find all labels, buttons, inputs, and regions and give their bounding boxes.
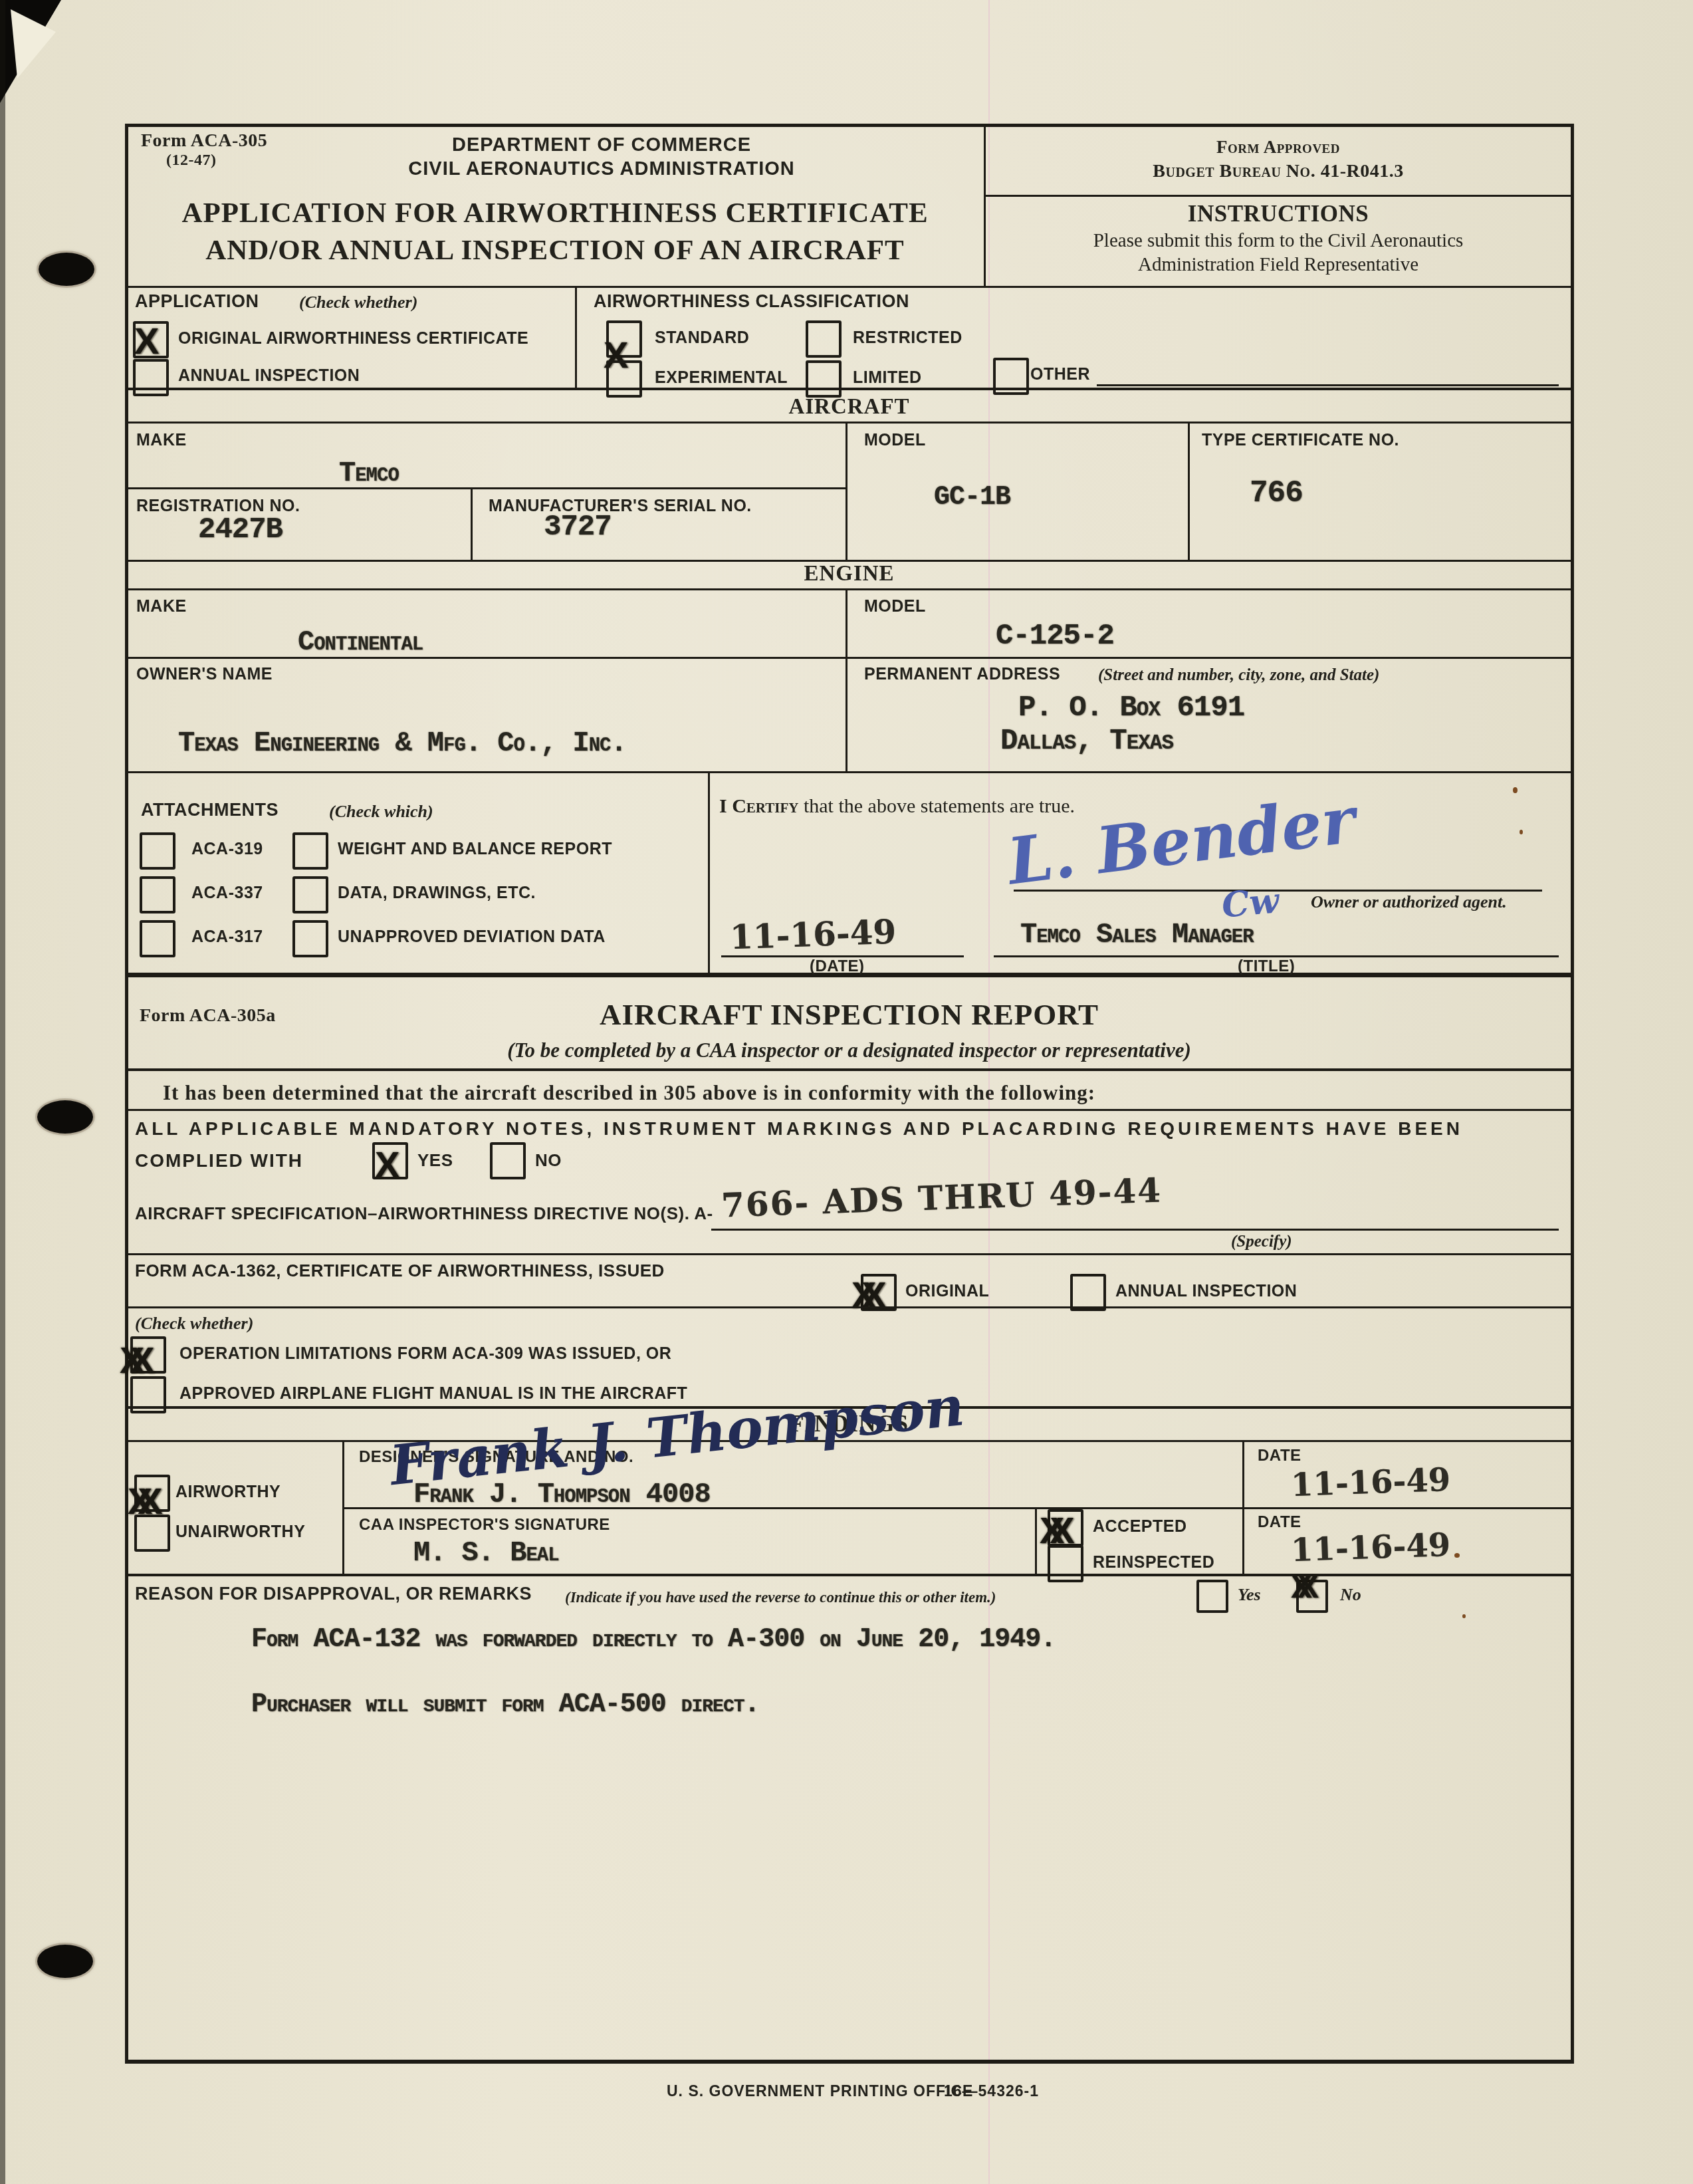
complied-yes-checkbox[interactable]: X bbox=[372, 1142, 408, 1179]
engine-model-value: C-125-2 bbox=[996, 620, 1114, 653]
approved-divider bbox=[984, 195, 1572, 197]
other-label: OTHER bbox=[1030, 365, 1090, 384]
type-certificate-label: TYPE CERTIFICATE NO. bbox=[1202, 431, 1399, 450]
serial-label: MANUFACTURER'S SERIAL NO. bbox=[489, 497, 752, 516]
experimental-checkbox[interactable] bbox=[606, 360, 642, 398]
directive-label: AIRCRAFT SPECIFICATION–AIRWORTHINESS DIR… bbox=[135, 1203, 713, 1224]
rule bbox=[125, 771, 1574, 773]
remarks-note: (Indicate if you have used the reverse t… bbox=[565, 1589, 996, 1606]
inspection-title: AIRCRAFT INSPECTION REPORT bbox=[126, 997, 1572, 1032]
other-write-line[interactable] bbox=[1097, 384, 1559, 386]
make-underline bbox=[125, 487, 846, 489]
rule bbox=[125, 286, 1574, 288]
punch-hole bbox=[39, 253, 94, 286]
certify-statement: I Certify that the above statements are … bbox=[719, 795, 1075, 818]
certify-statement-rest: that the above statements are true. bbox=[798, 795, 1075, 817]
engine-col-divider bbox=[846, 588, 847, 771]
complied-no-checkbox[interactable] bbox=[490, 1142, 526, 1179]
accepted-cell-divider bbox=[1035, 1507, 1037, 1574]
complied-no-label: NO bbox=[535, 1150, 562, 1171]
rule-thick bbox=[125, 1068, 1574, 1071]
address-line2: Dallas, Texas bbox=[1000, 725, 1173, 758]
original-airworthiness-checkbox[interactable]: X bbox=[133, 321, 169, 358]
caa-inspector-label: CAA INSPECTOR'S SIGNATURE bbox=[359, 1516, 610, 1534]
other-checkbox[interactable] bbox=[993, 358, 1029, 395]
airworthy-checkbox[interactable]: XX bbox=[134, 1475, 170, 1512]
printing-code-footer: 16—54326-1 bbox=[944, 2082, 1039, 2100]
rust-speck bbox=[1513, 787, 1518, 793]
original-airworthiness-label: ORIGINAL AIRWORTHINESS CERTIFICATE bbox=[178, 329, 528, 348]
scanned-form-page: Form ACA-305 (12-47) DEPARTMENT OF COMME… bbox=[0, 0, 1693, 2184]
form-edition: (12-47) bbox=[166, 152, 216, 170]
aca-317-checkbox[interactable] bbox=[140, 920, 175, 957]
permanent-address-note: (Street and number, city, zone, and Stat… bbox=[1098, 666, 1379, 685]
caa-inspector-typed-name: M. S. Beal bbox=[413, 1537, 559, 1569]
caa-date-label: DATE bbox=[1258, 1513, 1301, 1532]
aircraft-section-title: AIRCRAFT bbox=[126, 395, 1572, 420]
designee-date-value: 11-16-49 bbox=[1290, 1461, 1451, 1504]
punch-hole bbox=[37, 1100, 93, 1134]
aca-319-checkbox[interactable] bbox=[140, 832, 175, 870]
rule bbox=[125, 422, 1574, 424]
form-number: Form ACA-305 bbox=[141, 130, 267, 152]
form-approved: Form Approved bbox=[986, 137, 1571, 158]
page-title-line1: APPLICATION FOR AIRWORTHINESS CERTIFICAT… bbox=[153, 197, 957, 229]
budget-bureau: Budget Bureau No. 41-R041.3 bbox=[986, 161, 1571, 182]
caa-date-value: 11-16-49 bbox=[1290, 1526, 1451, 1569]
certification-date-value: 11-16-49 bbox=[729, 912, 897, 957]
weight-balance-checkbox[interactable] bbox=[292, 832, 328, 870]
engine-make-value: Continental bbox=[298, 626, 423, 658]
owner-label: OWNER'S NAME bbox=[136, 665, 273, 684]
annual-inspection-checkbox[interactable] bbox=[133, 359, 169, 396]
registration-value: 2427B bbox=[198, 513, 282, 546]
operation-limitations-label: OPERATION LIMITATIONS FORM ACA-309 WAS I… bbox=[179, 1344, 671, 1364]
unairworthy-label: UNAIRWORTHY bbox=[175, 1522, 305, 1542]
aca-337-checkbox[interactable] bbox=[140, 876, 175, 913]
restricted-checkbox[interactable] bbox=[806, 320, 842, 358]
rule bbox=[125, 588, 1574, 590]
owner-agent-caption: Owner or authorized agent. bbox=[1311, 892, 1507, 912]
administration-name: CIVIL AERONAUTICS ADMINISTRATION bbox=[326, 158, 877, 180]
aca-319-label: ACA-319 bbox=[191, 840, 263, 859]
accepted-checkbox[interactable]: XX bbox=[1048, 1509, 1083, 1546]
paper-fold-corner bbox=[0, 0, 120, 166]
rust-speck bbox=[1462, 1614, 1466, 1618]
instructions-line2: Administration Field Representative bbox=[986, 254, 1571, 276]
aircraft-make-value: Temco bbox=[339, 457, 399, 489]
data-drawings-checkbox[interactable] bbox=[292, 876, 328, 913]
aircraft-model-value: GC-1B bbox=[934, 483, 1010, 513]
mandatory-notes-line1: ALL APPLICABLE MANDATORY NOTES, INSTRUME… bbox=[135, 1118, 1463, 1140]
data-drawings-label: DATA, DRAWINGS, ETC. bbox=[338, 884, 536, 903]
aircraft-col-divider bbox=[846, 422, 847, 560]
rust-speck bbox=[1520, 830, 1523, 834]
designee-date-label: DATE bbox=[1258, 1447, 1301, 1465]
check-mark: X bbox=[375, 1146, 399, 1183]
rule bbox=[125, 1109, 1574, 1111]
aircraft-make-label: MAKE bbox=[136, 431, 187, 450]
designee-typed-name: Frank J. Thompson 4008 bbox=[413, 1479, 711, 1511]
reinspected-checkbox[interactable] bbox=[1048, 1545, 1083, 1582]
model-typecert-divider bbox=[1188, 422, 1190, 560]
instructions-title: INSTRUCTIONS bbox=[986, 201, 1571, 227]
unairworthy-checkbox[interactable] bbox=[134, 1515, 170, 1552]
remarks-line1: Form ACA-132 was forwarded directly to A… bbox=[251, 1625, 1056, 1655]
department-name: DEPARTMENT OF COMMERCE bbox=[326, 134, 877, 156]
annual-inspection-label: ANNUAL INSPECTION bbox=[178, 366, 360, 386]
standard-label: STANDARD bbox=[655, 328, 749, 348]
attachments-divider bbox=[708, 771, 710, 973]
title-caption: (TITLE) bbox=[1238, 957, 1295, 976]
instructions-line1: Please submit this form to the Civil Aer… bbox=[986, 230, 1571, 252]
remarks-line2: Purchaser will submit form ACA-500 direc… bbox=[251, 1690, 760, 1720]
serial-value: 3727 bbox=[544, 511, 612, 544]
remarks-no-checkbox[interactable]: XX bbox=[1296, 1580, 1328, 1613]
aca-317-label: ACA-317 bbox=[191, 927, 263, 947]
unapproved-deviation-label: UNAPPROVED DEVIATION DATA bbox=[338, 927, 606, 947]
reg-serial-divider bbox=[471, 487, 473, 560]
aca-337-label: ACA-337 bbox=[191, 884, 263, 903]
type-certificate-value: 766 bbox=[1250, 476, 1303, 511]
issued-annual-label: ANNUAL INSPECTION bbox=[1115, 1282, 1297, 1301]
rust-speck bbox=[1454, 1553, 1460, 1558]
unapproved-deviation-checkbox[interactable] bbox=[292, 920, 328, 957]
weight-balance-label: WEIGHT AND BALANCE REPORT bbox=[338, 840, 612, 859]
engine-make-label: MAKE bbox=[136, 597, 187, 616]
directive-value: 766- ADS THRU 49-44 bbox=[721, 1170, 1163, 1225]
application-label: APPLICATION bbox=[135, 291, 259, 312]
remarks-no-label: No bbox=[1340, 1585, 1361, 1605]
printing-office-footer: U. S. GOVERNMENT PRINTING OFFICE bbox=[667, 2082, 973, 2100]
address-line1: P. O. Box 6191 bbox=[1018, 691, 1244, 725]
certificate-issued-label: FORM ACA-1362, CERTIFICATE OF AIRWORTHIN… bbox=[135, 1261, 665, 1281]
remarks-label: REASON FOR DISAPPROVAL, OR REMARKS bbox=[135, 1584, 532, 1604]
page-title-line2: AND/OR ANNUAL INSPECTION OF AN AIRCRAFT bbox=[153, 234, 957, 267]
remarks-yes-checkbox[interactable] bbox=[1196, 1580, 1228, 1613]
permanent-address-label: PERMANENT ADDRESS bbox=[864, 665, 1060, 684]
limited-label: LIMITED bbox=[853, 368, 922, 388]
restricted-label: RESTRICTED bbox=[853, 328, 962, 348]
attachments-note: (Check which) bbox=[329, 802, 433, 822]
directive-write-line[interactable] bbox=[711, 1229, 1559, 1231]
form-border-bottom bbox=[125, 2060, 1574, 2064]
certification-title-value: Temco Sales Manager bbox=[1020, 919, 1254, 951]
check-whether-note: (Check whether) bbox=[135, 1314, 253, 1334]
check-mark: X bbox=[134, 322, 159, 360]
limited-checkbox[interactable] bbox=[806, 360, 842, 398]
attachments-label: ATTACHMENTS bbox=[141, 800, 279, 820]
accepted-label: ACCEPTED bbox=[1093, 1517, 1187, 1536]
remarks-yes-label: Yes bbox=[1238, 1585, 1261, 1605]
owner-value: Texas Engineering & Mfg. Co., Inc. bbox=[178, 727, 627, 759]
classification-label: AIRWORTHINESS CLASSIFICATION bbox=[594, 291, 909, 312]
standard-checkbox[interactable]: X bbox=[606, 320, 642, 358]
issued-original-checkbox[interactable]: XX bbox=[861, 1274, 897, 1311]
rule bbox=[125, 1253, 1574, 1255]
check-mark: XX bbox=[120, 1342, 186, 1379]
form-border-top bbox=[125, 124, 1574, 127]
engine-model-label: MODEL bbox=[864, 597, 926, 616]
airworthy-label: AIRWORTHY bbox=[175, 1483, 281, 1502]
complied-yes-label: YES bbox=[417, 1150, 453, 1171]
date-caption: (DATE) bbox=[810, 957, 865, 976]
punch-hole bbox=[37, 1945, 93, 1978]
application-note: (Check whether) bbox=[299, 293, 417, 312]
aircraft-model-label: MODEL bbox=[864, 431, 926, 450]
rule bbox=[125, 1306, 1574, 1308]
issued-original-label: ORIGINAL bbox=[905, 1282, 989, 1301]
operation-limitations-checkbox[interactable]: XX bbox=[130, 1336, 166, 1374]
mandatory-notes-line2: COMPLIED WITH bbox=[135, 1150, 303, 1171]
certify-statement-lead: I Certify bbox=[719, 795, 798, 817]
inspection-subtitle: (To be completed by a CAA inspector or a… bbox=[126, 1038, 1572, 1062]
issued-annual-checkbox[interactable] bbox=[1070, 1274, 1106, 1311]
scan-left-edge bbox=[0, 0, 5, 2184]
specify-note: (Specify) bbox=[1231, 1233, 1292, 1251]
flight-manual-label: APPROVED AIRPLANE FLIGHT MANUAL IS IN TH… bbox=[179, 1384, 687, 1403]
engine-section-title: ENGINE bbox=[126, 562, 1572, 586]
rule bbox=[125, 388, 1574, 390]
conformity-statement: It has been determined that the aircraft… bbox=[163, 1081, 1095, 1105]
experimental-label: EXPERIMENTAL bbox=[655, 368, 788, 388]
reinspected-label: REINSPECTED bbox=[1093, 1553, 1214, 1572]
application-divider bbox=[575, 286, 577, 388]
